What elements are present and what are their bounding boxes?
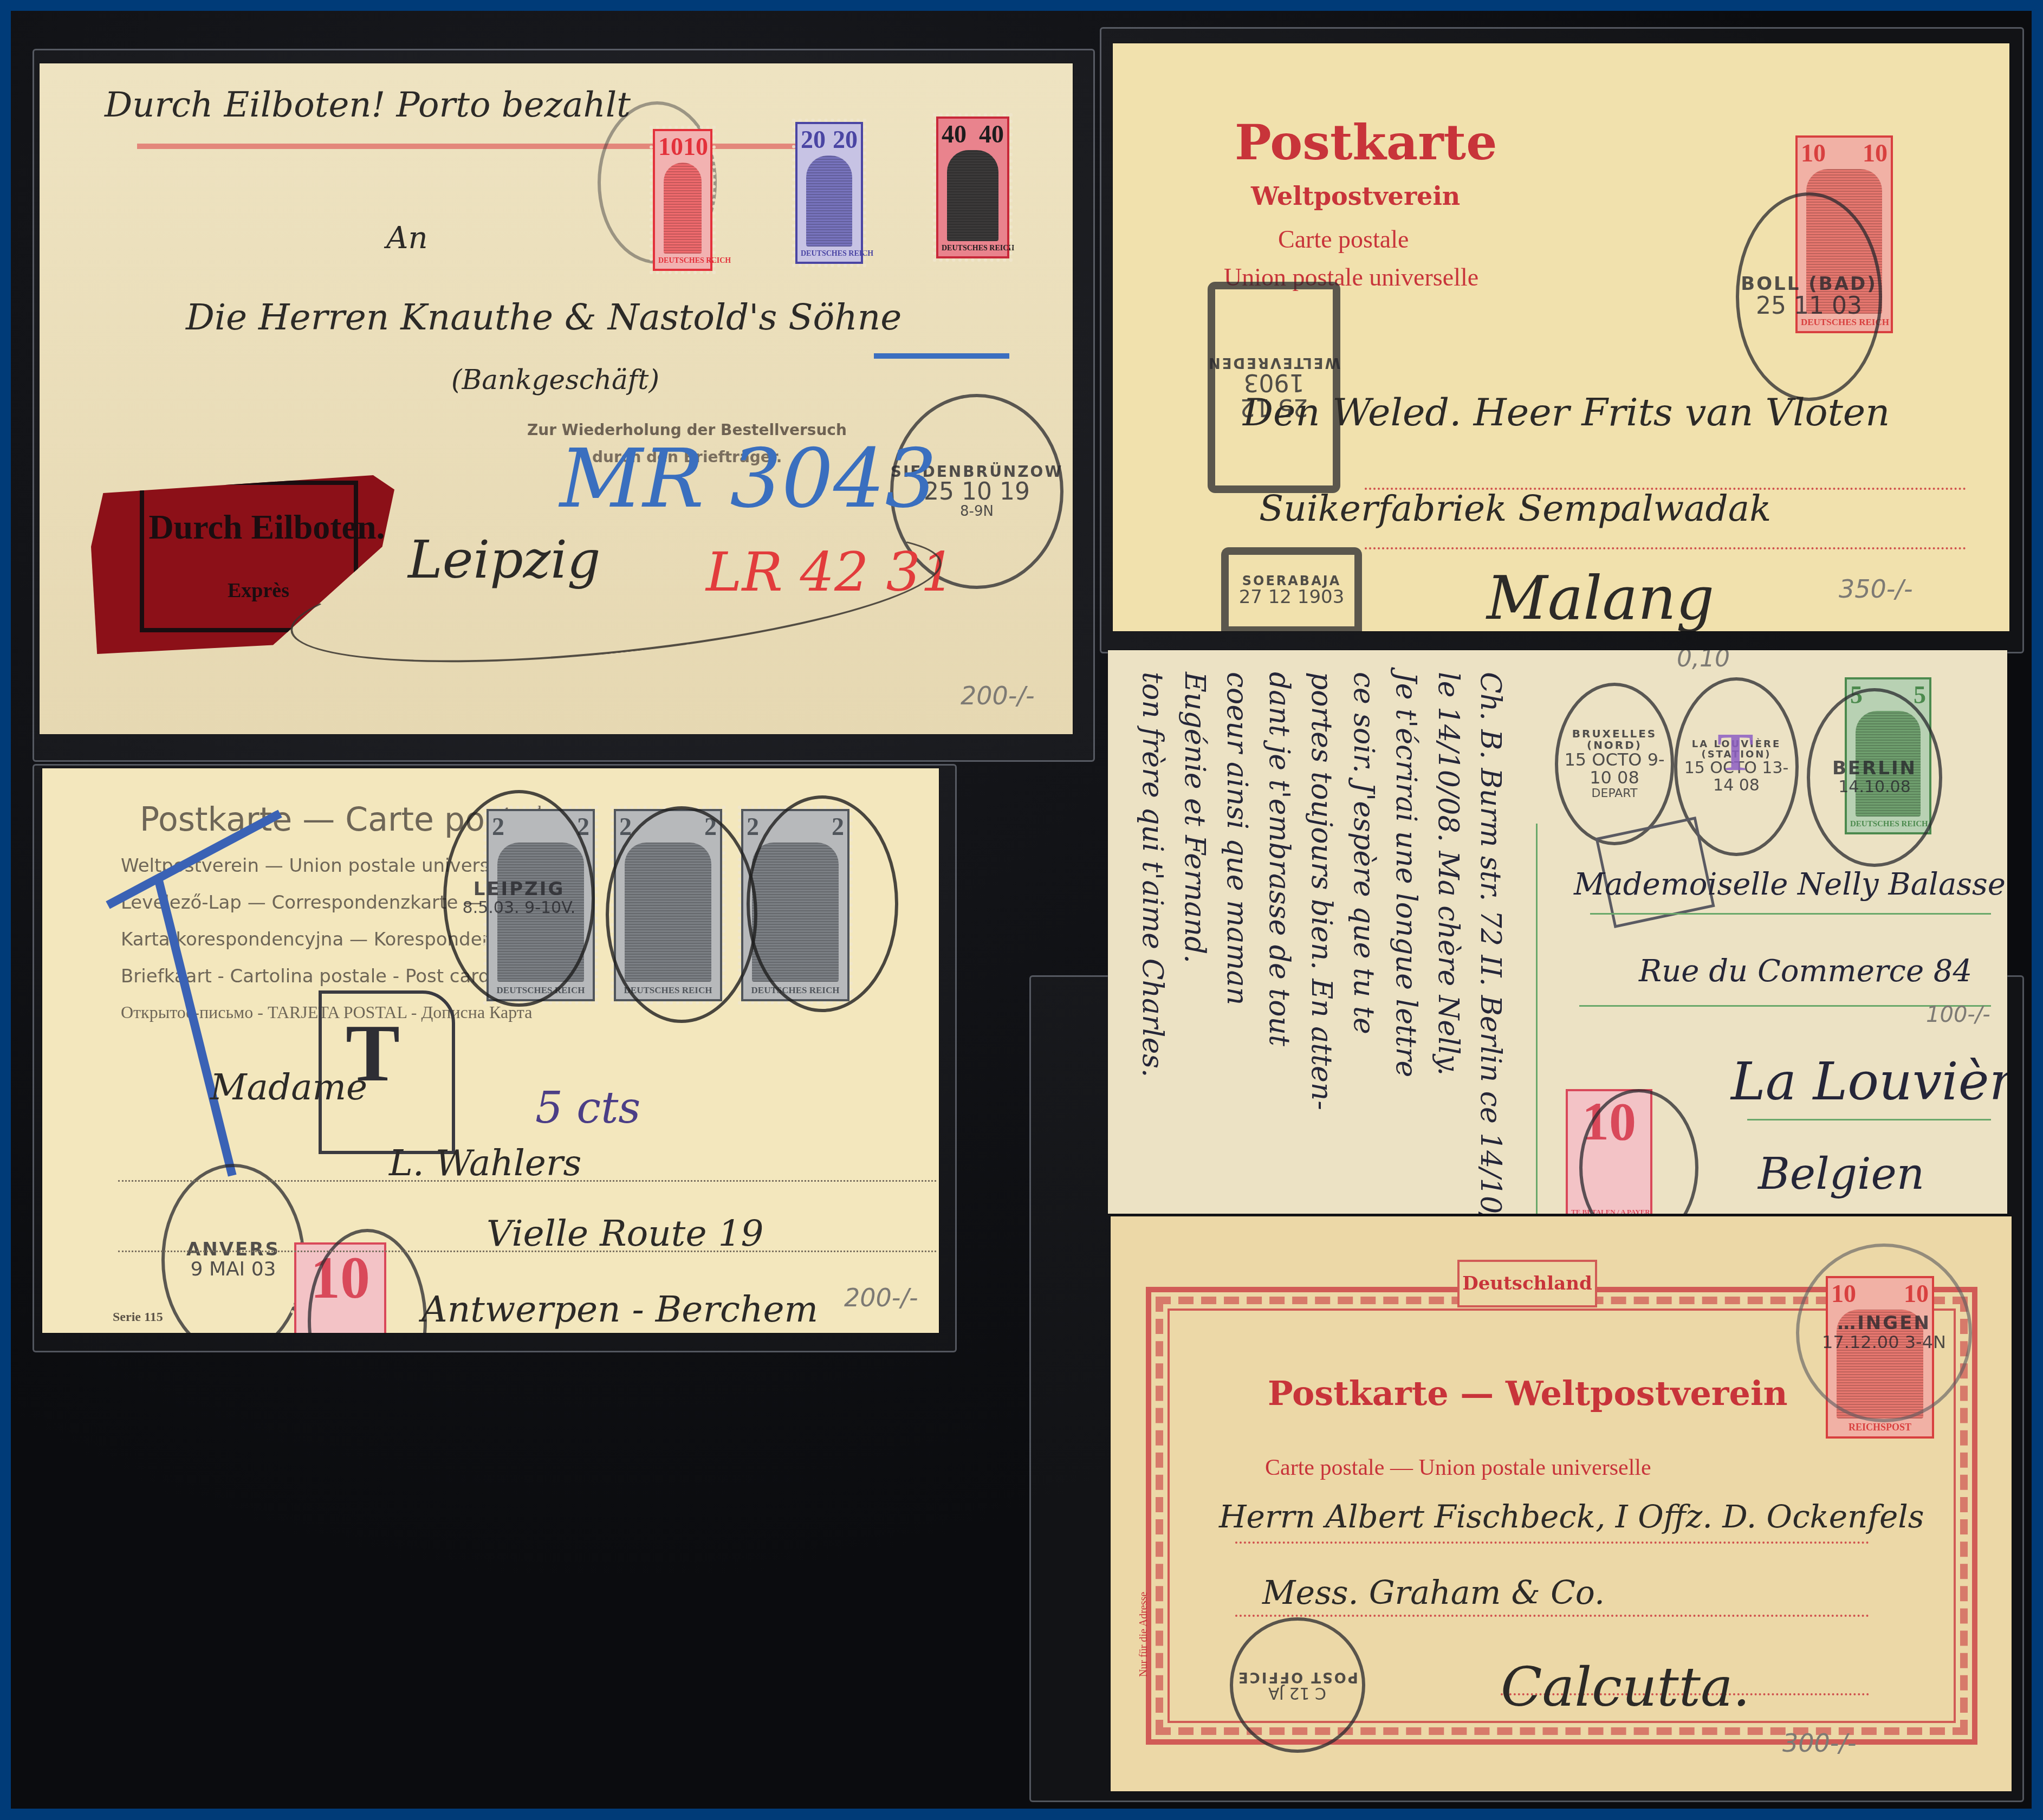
stamp-10: 1010 DEUTSCHES REICH [653,129,712,271]
address-rule-1 [1590,913,1991,915]
card-title: Postkarte — Weltpostverein [1268,1374,1788,1413]
blue-crayon-number: MR 3043 [560,432,937,526]
price-mark: 200-/- [844,1283,918,1312]
address-line-1: Den Weled. Heer Frits van Vloten [1243,390,1890,435]
address-line-3: La Louvière [1731,1051,2007,1112]
address-line-1: Mademoiselle Nelly Balasse [1574,867,2006,902]
address-line-4: Antwerpen - Berchem [421,1288,818,1330]
manuscript-top: Durch Eilboten! Porto bezahlt [105,85,631,125]
due-note: 5 cts [535,1083,640,1133]
postmark-calcutta: POST OFFICE C 12 JA [1230,1617,1365,1753]
card-title: Postkarte [1235,114,1497,171]
subtitle-1: Weltpostverein [1251,182,1460,211]
address-line-1: Herrn Albert Fischbeck, I Offz. D. Ocken… [1219,1498,1924,1535]
series-number: Serie 115 [113,1310,163,1325]
postmark-bruxelles: BRUXELLES (NORD) 15 OCTO 9-10 08 DEPART [1555,683,1674,845]
address-line-3: Malang [1487,564,1714,631]
header-text: Deutschland [1462,1273,1592,1294]
postcard-leipzig-antwerp: Postkarte — Carte postale Weltpostverein… [42,768,939,1333]
address-rule-2 [1365,547,1966,549]
message-line-7: coeur ainsi que maman [1216,672,1258,1214]
address-line-2: L. Wahlers [389,1142,581,1184]
address-line-4: Belgien [1758,1149,1924,1199]
message-line-5: portes toujours bien. En atten- [1300,672,1342,1214]
message-line-2: le 14/10/08. Ma chère Nelly. [1427,672,1469,1214]
postcard-calcutta: Deutschland Postkarte — Weltpostverein C… [1111,1216,2012,1791]
address-rule-2 [1235,1615,1869,1617]
header-cartouche: Deutschland [1457,1260,1597,1307]
postmark-berlin: BERLIN 14.10.08 [1807,688,1942,867]
address-line-2: Mess. Graham & Co. [1262,1574,1605,1612]
stamp-20: 2020 DEUTSCHES REICH [795,122,863,264]
price-mark: 300-/- [1782,1728,1857,1758]
postmark-leipzig-1: LEIPZIG 8.5.03. 9-10V. [443,790,595,1007]
postmark-anvers: ANVERS 9 MAI 03 [161,1164,305,1333]
postmark-weltevreden: WELTEVREDEN 25 12 1903 [1208,282,1340,493]
blue-underline [874,353,1009,359]
address-line-3: Calcutta. [1501,1655,1750,1719]
price-mark: 350-/- [1839,574,1913,604]
message-line-9: ton frère qui t'aime Charles. [1131,672,1173,1214]
card-subtitle: Carte postale — Union postale universell… [1265,1455,1651,1481]
address-line-3: (Bankgeschäft) [451,364,659,396]
violet-tax-mark: T [1717,721,1754,783]
message-line-6: dant je t'embrasse de tout [1258,672,1300,1214]
message-line-1: Ch. B. Burm str. 72 II. Berlin ce 14/10/… [1469,672,1512,1214]
address-rule-1 [1235,1542,1869,1544]
subtitle-2: Carte postale [1278,225,1409,254]
address-line-2: Rue du Commerce 84 [1639,954,1972,989]
postmark-boll: BOLL (BAD) 25 11 03 [1736,192,1882,401]
postcard-berlin-la-louviere: Ch. B. Burm str. 72 II. Berlin ce 14/10/… [1108,650,2007,1214]
postcard-boll-malang: Postkarte Weltpostverein Carte postale U… [1113,43,2009,631]
due-note: 0,10 [1677,650,1730,672]
postmark-departure: …INGEN 17.12.00 3-4N [1796,1243,1972,1422]
message-area: Ch. B. Burm str. 72 II. Berlin ce 14/10/… [1116,650,1517,1214]
price-mark: 100-/- [1926,1002,1990,1027]
cover-express-leipzig: Durch Eilboten! Porto bezahlt 1010 DEUTS… [40,63,1073,734]
address-line-1: Madame [210,1066,367,1108]
postmark-soerabaja: SOERABAJA 27 12 1903 [1221,547,1362,631]
red-crayon-line [137,144,858,149]
address-rule-3 [1747,1119,1991,1121]
blue-crayon-T-stem [154,880,236,1176]
message-line-3: Je t'écrirai une longue lettre [1385,672,1427,1214]
address-line-1: An [386,221,428,256]
address-line-3: Vielle Route 19 [487,1213,763,1254]
message-line-8: Eugénie et Fernand. [1173,672,1216,1214]
postmark-leipzig-3 [747,795,898,1012]
message-line-4: ce soir. J'espère que tu te [1342,672,1385,1214]
address-line-2: Suikerfabriek Sempalwadak [1259,488,1771,529]
divider-line [1536,824,1538,1214]
stamp-40: 4040 DEUTSCHES REICH [936,116,1009,258]
postmark-leipzig-2 [606,806,757,1023]
price-mark: 200-/- [961,681,1035,710]
side-text: Nur für die Adresse [1138,1592,1150,1677]
album-page: Durch Eilboten! Porto bezahlt 1010 DEUTS… [11,11,2032,1809]
address-line-2: Die Herren Knauthe & Nastold's Söhne [186,296,901,338]
